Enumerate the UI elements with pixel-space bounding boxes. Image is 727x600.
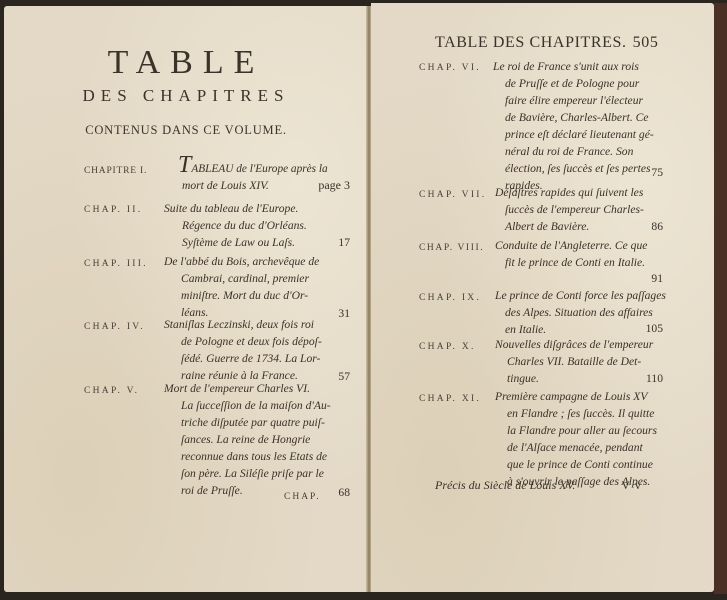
chapter-label: CHAP. VII. <box>419 187 486 204</box>
chapter-line: Nouvelles diſgrâces de l'empereur <box>495 336 681 353</box>
chapter-line: néral du roi de France. Son <box>493 143 681 160</box>
chapter-line: de Pruſſe et de Pologne pour <box>493 75 681 92</box>
page-subtitle-volume: CONTENUS DANS CE VOLUME. <box>4 123 368 138</box>
chapter-label: CHAP. VIII. <box>419 240 484 257</box>
page-subtitle: DES CHAPITRES <box>4 86 368 106</box>
chapter-line: que le prince de Conti continue <box>495 456 681 473</box>
toc-entry: CHAP. X. Nouvelles diſgrâces de l'empere… <box>419 339 681 391</box>
chapter-label: CHAP. X. <box>419 339 476 356</box>
chapter-line: Cambrai, cardinal, premier <box>164 270 350 287</box>
signature-text: Précis du Siècle de Louis XV. <box>435 478 575 492</box>
chapter-line: faire élire empereur l'électeur <box>493 92 681 109</box>
chapter-label: CHAP. V. <box>84 383 139 400</box>
chapter-line: en Flandre ; ſes ſuccès. Il quitte <box>495 405 681 422</box>
chapter-line: Charles VII. Bataille de Det- <box>495 353 681 370</box>
chapter-line: Suite du tableau de l'Europe. <box>164 200 328 217</box>
chapter-line: de Bavière, Charles-Albert. Ce <box>493 109 681 126</box>
chapter-line: Première campagne de Louis XV <box>495 388 681 405</box>
chapter-label: CHAP. IX. <box>419 290 481 307</box>
page-ref: 86 <box>651 218 663 235</box>
book-edge <box>714 3 727 594</box>
chapter-line: Régence du duc d'Orléans. <box>164 217 328 234</box>
chapter-line: des Alpes. Situation des affaires <box>495 304 681 321</box>
chapter-line: la Flandre pour aller au ſecours <box>495 422 681 439</box>
chapter-line: fit le prince de Conti en Italie. <box>495 254 681 271</box>
catchword: CHAP. <box>284 492 321 502</box>
chapter-line: de l'Alſace menacée, pendant <box>495 439 681 456</box>
chapter-line: miniſtre. Mort du duc d'Or- <box>164 287 350 304</box>
running-head: TABLE DES CHAPITRES.505 <box>435 34 658 52</box>
chapter-line: reconnue dans tous les Etats de <box>164 448 350 465</box>
signature-mark: V v <box>621 478 641 492</box>
toc-entry: CHAP. IV. Staniſlas Leczinski, deux fois… <box>84 319 350 389</box>
left-page: TABLE DES CHAPITRES CONTENUS DANS CE VOL… <box>4 6 368 592</box>
chapter-label: CHAP. VI. <box>419 60 481 77</box>
chapter-line: de Pologne et deux fois dépoſ- <box>164 333 350 350</box>
chapter-line: Le roi de France s'unit aux rois <box>493 58 681 75</box>
chapter-label: CHAP. III. <box>84 256 148 273</box>
running-head-title: TABLE DES CHAPITRES. <box>435 34 627 51</box>
chapter-line: Conduite de l'Angleterre. Ce que <box>495 237 681 254</box>
chapter-line: Le prince de Conti force les paſſages <box>495 287 681 304</box>
drop-cap: T <box>178 152 191 178</box>
page-ref: 17 <box>338 234 350 251</box>
page-ref: 105 <box>646 320 663 337</box>
toc-entry: CHAPITRE I. TABLEAU de l'Europe après la… <box>84 163 350 199</box>
page-ref: 75 <box>651 164 663 181</box>
chapter-line: ſances. La reine de Hongrie <box>164 431 350 448</box>
chapter-label: CHAP. XI. <box>419 391 481 408</box>
chapter-line: Staniſlas Leczinski, deux fois roi <box>164 316 350 333</box>
chapter-line: triche diſputée par quatre puiſ- <box>164 414 350 431</box>
page-ref: 91 <box>651 270 663 287</box>
toc-entry: CHAP. VI. Le roi de France s'unit aux ro… <box>419 60 681 182</box>
page-number: 505 <box>633 34 659 51</box>
chapter-line: ſédé. Guerre de 1734. La Lor- <box>164 350 350 367</box>
toc-entry: CHAP. IX. Le prince de Conti force les p… <box>419 290 681 342</box>
chapter-label: CHAPITRE I. <box>84 163 147 180</box>
signature-line: Précis du Siècle de Louis XV.V v <box>435 478 642 493</box>
toc-entry: CHAP. VIII. Conduite de l'Angleterre. Ce… <box>419 240 681 292</box>
toc-entry: CHAP. V. Mort de l'empereur Charles VI. … <box>84 383 350 503</box>
chapter-line: La ſucceſſion de la maiſon d'Au- <box>164 397 350 414</box>
page-ref: page 3 <box>318 177 350 194</box>
chapter-label: CHAP. II. <box>84 202 142 219</box>
chapter-line: Déſaſtres rapides qui ſuivent les <box>495 184 681 201</box>
chapter-line: ſon père. La Siléſie priſe par le <box>164 465 350 482</box>
right-page: TABLE DES CHAPITRES.505 CHAP. VI. Le roi… <box>371 3 714 592</box>
page-ref: 68 <box>338 484 350 501</box>
chapter-line: ſuccès de l'empereur Charles- <box>495 201 681 218</box>
page-title: TABLE <box>4 44 368 82</box>
toc-entry: CHAP. II. Suite du tableau de l'Europe. … <box>84 202 350 254</box>
chapter-line: Syſtème de Law ou Laſs. <box>164 234 328 251</box>
chapter-line: ABLEAU de l'Europe après la <box>191 163 327 175</box>
toc-entry: CHAP. VII. Déſaſtres rapides qui ſuivent… <box>419 187 681 239</box>
chapter-line: Mort de l'empereur Charles VI. <box>164 380 350 397</box>
chapter-line: prince eſt déclaré lieutenant gé- <box>493 126 681 143</box>
chapter-label: CHAP. IV. <box>84 319 145 336</box>
page-ref: 110 <box>646 370 663 387</box>
chapter-line: De l'abbé du Bois, archevêque de <box>164 253 350 270</box>
chapter-line: roi de Pruſſe. <box>164 482 350 499</box>
